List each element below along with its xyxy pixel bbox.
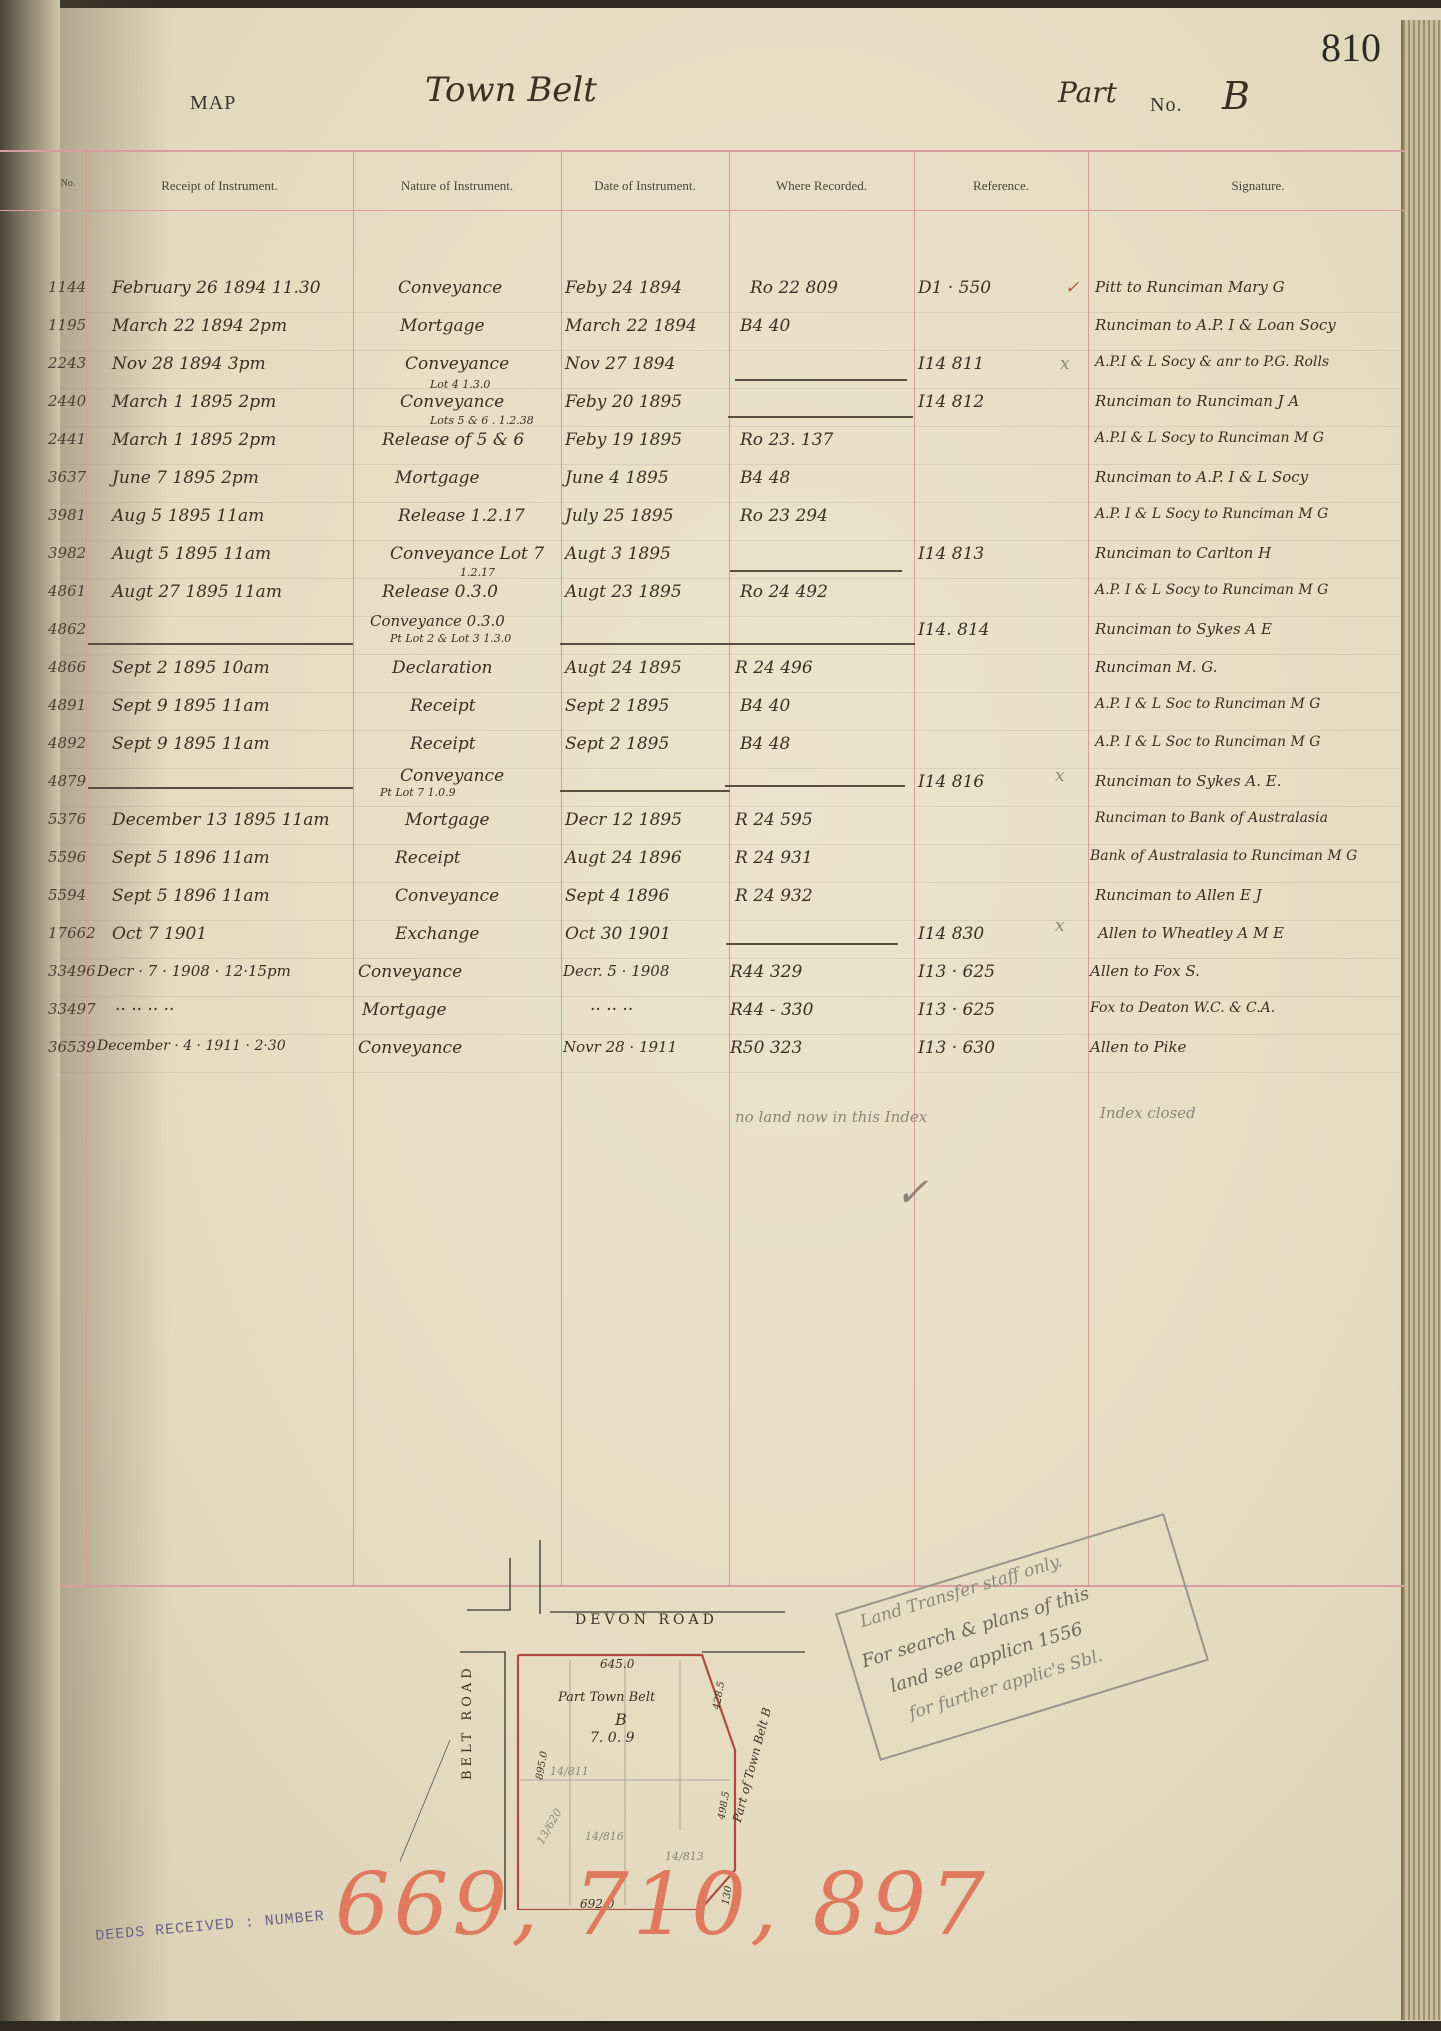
table-row: 1195 March 22 1894 2pm Mortgage March 22…: [0, 316, 1441, 354]
row-number: 33497: [48, 1000, 96, 1018]
no-value: B: [1222, 74, 1250, 118]
survey-map: DEVON ROAD BELT ROAD 645.0 Part Town Bel…: [400, 1530, 840, 1910]
table-row: 3982 Augt 5 1895 11am Conveyance Lot 7 1…: [0, 544, 1441, 582]
reference-cell: I14 830: [918, 924, 984, 944]
reference-cell: I14 812: [918, 392, 984, 412]
receipt-cell: Sept 5 1896 11am: [112, 886, 270, 906]
page-number: 810: [1321, 24, 1381, 71]
row-number: 4879: [48, 772, 86, 790]
table-row: 4892 Sept 9 1895 11am Receipt Sept 2 189…: [0, 734, 1441, 772]
table-row: 1144 February 26 1894 11.30 Conveyance F…: [0, 278, 1441, 316]
signature-cell: Runciman to Sykes A E: [1095, 620, 1272, 638]
row-number: 5596: [48, 848, 86, 866]
nature-cell: Conveyance: [400, 392, 504, 412]
date-cell: Sept 2 1895: [565, 696, 669, 716]
table-row: 4861 Augt 27 1895 11am Release 0.3.0 Aug…: [0, 582, 1441, 620]
nature-note: Lot 4 1.3.0: [430, 378, 490, 391]
pencil-note-index: no land now in this Index: [735, 1108, 927, 1126]
nature-cell: Release 0.3.0: [382, 582, 498, 602]
col-header-reference: Reference.: [914, 178, 1088, 194]
date-cell: Augt 3 1895: [565, 544, 671, 564]
date-cell: March 22 1894: [565, 316, 697, 336]
nature-cell: Conveyance Lot 7: [390, 544, 544, 564]
col-header-signature: Signature.: [1088, 178, 1428, 194]
header-bottom-rule: [0, 210, 1405, 211]
map-label: MAP: [190, 92, 236, 115]
date-cell: Augt 24 1895: [565, 658, 682, 678]
pencil-note-box: Land Transfer staff only. For search & p…: [835, 1513, 1209, 1761]
part-label: Part: [1058, 76, 1117, 109]
map-pencil-ref: 14/816: [585, 1830, 624, 1843]
signature-cell: Runciman to Runciman J A: [1095, 392, 1299, 410]
signature-cell: Runciman to Bank of Australasia: [1095, 810, 1328, 826]
map-value: Town Belt: [425, 70, 597, 110]
date-cell: July 25 1895: [565, 506, 674, 526]
signature-cell: A.P.I & L Socy to Runciman M G: [1095, 430, 1324, 446]
table-row: 33497 ·· ·· ·· ·· Mortgage ·· ·· ·· R44 …: [0, 1000, 1441, 1038]
recorded-cell: B4 48: [740, 468, 790, 488]
map-devon-road: DEVON ROAD: [575, 1612, 718, 1628]
recorded-cell: B4 48: [740, 734, 790, 754]
table-row: 3981 Aug 5 1895 11am Release 1.2.17 July…: [0, 506, 1441, 544]
nature-cell: Conveyance: [395, 886, 499, 906]
receipt-cell: March 1 1895 2pm: [112, 392, 276, 412]
nature-cell: Release 1.2.17: [398, 506, 525, 526]
date-cell: Feby 20 1895: [565, 392, 682, 412]
row-number: 1144: [48, 278, 86, 296]
receipt-cell: February 26 1894 11.30: [112, 278, 321, 298]
nature-cell: Conveyance: [358, 1038, 462, 1058]
book-top-edge: [0, 0, 1441, 8]
date-cell: June 4 1895: [565, 468, 669, 488]
deeds-received-number: 669, 710, 897: [335, 1855, 989, 1955]
red-check-icon: ✓: [1065, 278, 1079, 298]
x-mark-icon: x: [1060, 354, 1070, 374]
reference-cell: D1 · 550: [918, 278, 991, 298]
row-number: 2441: [48, 430, 86, 448]
signature-cell: Allen to Pike: [1090, 1038, 1186, 1056]
pencil-note-closed: Index closed: [1100, 1104, 1196, 1122]
table-row: 2441 March 1 1895 2pm Release of 5 & 6 F…: [0, 430, 1441, 468]
table-row: 4891 Sept 9 1895 11am Receipt Sept 2 189…: [0, 696, 1441, 734]
nature-note: Lots 5 & 6 . 1.2.38: [430, 414, 534, 427]
reference-cell: I14 816: [918, 772, 984, 792]
row-number: 4892: [48, 734, 86, 752]
receipt-cell: December · 4 · 1911 · 2·30: [97, 1038, 286, 1054]
map-parcel-title: Part Town Belt: [558, 1690, 655, 1705]
row-number: 2440: [48, 392, 86, 410]
row-number: 33496: [48, 962, 96, 980]
nature-cell: Receipt: [410, 734, 476, 754]
signature-cell: Runciman to Sykes A. E.: [1095, 772, 1282, 790]
nature-cell: Exchange: [395, 924, 480, 944]
col-header-receipt: Receipt of Instrument.: [86, 178, 353, 194]
x-mark-icon: x: [1055, 766, 1065, 786]
row-number: 5376: [48, 810, 86, 828]
receipt-cell: Augt 5 1895 11am: [112, 544, 271, 564]
map-dim-top: 645.0: [600, 1657, 634, 1671]
nature-cell: Mortgage: [405, 810, 490, 830]
signature-cell: Runciman to Allen E J: [1095, 886, 1262, 904]
receipt-cell: Sept 2 1895 10am: [112, 658, 270, 678]
row-number: 5594: [48, 886, 86, 904]
date-cell: Novr 28 · 1911: [563, 1038, 677, 1056]
map-parcel-letter: B: [615, 1710, 627, 1729]
receipt-cell: March 1 1895 2pm: [112, 430, 276, 450]
recorded-cell: Ro 22 809: [750, 278, 838, 298]
date-cell: Sept 4 1896: [565, 886, 669, 906]
recorded-cell: Ro 24 492: [740, 582, 828, 602]
row-number: 36539: [48, 1038, 96, 1056]
col-header-recorded: Where Recorded.: [729, 178, 914, 194]
recorded-cell: R44 - 330: [730, 1000, 813, 1020]
nature-cell: Mortgage: [395, 468, 480, 488]
recorded-cell: Ro 23 294: [740, 506, 828, 526]
receipt-cell: Nov 28 1894 3pm: [112, 354, 266, 374]
table-row: 4862 Conveyance 0.3.0 Pt Lot 2 & Lot 3 1…: [0, 620, 1441, 658]
recorded-cell: R 24 595: [735, 810, 813, 830]
nature-cell: Mortgage: [362, 1000, 447, 1020]
recorded-cell: R 24 496: [735, 658, 813, 678]
receipt-cell: Aug 5 1895 11am: [112, 506, 264, 526]
row-number: 4891: [48, 696, 86, 714]
date-cell: Nov 27 1894: [565, 354, 675, 374]
no-label: No.: [1150, 94, 1182, 117]
signature-cell: Runciman M. G.: [1095, 658, 1218, 676]
x-mark-icon: x: [1055, 916, 1065, 936]
nature-cell: Receipt: [395, 848, 461, 868]
table-row: 5376 December 13 1895 11am Mortgage Decr…: [0, 810, 1441, 848]
recorded-cell: R 24 932: [735, 886, 813, 906]
map-pencil-ref: 14/811: [550, 1765, 589, 1778]
table-row: 3637 June 7 1895 2pm Mortgage June 4 189…: [0, 468, 1441, 506]
col-header-nature: Nature of Instrument.: [353, 178, 561, 194]
date-cell: Augt 24 1896: [565, 848, 682, 868]
receipt-cell: Augt 27 1895 11am: [112, 582, 282, 602]
receipt-cell: ·· ·· ·· ··: [115, 1000, 174, 1020]
reference-cell: I13 · 630: [918, 1038, 995, 1058]
reference-cell: I13 · 625: [918, 962, 995, 982]
recorded-cell: B4 40: [740, 316, 790, 336]
map-belt-road: BELT ROAD: [460, 1664, 475, 1780]
nature-cell: Release of 5 & 6: [382, 430, 524, 450]
table-row: 4866 Sept 2 1895 10am Declaration Augt 2…: [0, 658, 1441, 696]
signature-cell: Runciman to A.P. I & L Socy: [1095, 468, 1308, 486]
row-number: 17662: [48, 924, 96, 942]
nature-cell: Mortgage: [400, 316, 485, 336]
reference-cell: I14 811: [918, 354, 984, 374]
map-area: 7. 0. 9: [590, 1730, 635, 1746]
nature-cell: Conveyance: [400, 766, 504, 786]
receipt-cell: Decr · 7 · 1908 · 12·15pm: [97, 962, 291, 980]
reference-cell: I13 · 625: [918, 1000, 995, 1020]
signature-cell: Fox to Deaton W.C. & C.A.: [1090, 1000, 1275, 1016]
receipt-cell: Sept 9 1895 11am: [112, 734, 270, 754]
col-header-date: Date of Instrument.: [561, 178, 729, 194]
recorded-cell: R 24 931: [735, 848, 813, 868]
signature-cell: Bank of Australasia to Runciman M G: [1090, 848, 1357, 864]
nature-cell: Receipt: [410, 696, 476, 716]
table-row: 5596 Sept 5 1896 11am Receipt Augt 24 18…: [0, 848, 1441, 886]
table-row: 2440 March 1 1895 2pm Conveyance Lots 5 …: [0, 392, 1441, 430]
nature-cell: Conveyance: [398, 278, 502, 298]
signature-cell: A.P. I & L Socy to Runciman M G: [1095, 582, 1328, 598]
date-cell: Oct 30 1901: [565, 924, 671, 944]
row-number: 4862: [48, 620, 86, 638]
recorded-cell: B4 40: [740, 696, 790, 716]
signature-cell: Pitt to Runciman Mary G: [1095, 278, 1285, 296]
table-row: 4879 Conveyance Pt Lot 7 1.0.9 I14 816 x…: [0, 772, 1441, 810]
nature-cell: Conveyance 0.3.0: [370, 612, 505, 630]
receipt-cell: December 13 1895 11am: [112, 810, 329, 830]
nature-note: Pt Lot 2 & Lot 3 1.3.0: [390, 632, 511, 645]
nature-note: 1.2.17: [460, 566, 495, 579]
receipt-cell: Sept 9 1895 11am: [112, 696, 270, 716]
ledger-page: 810 MAP Town Belt Part No. B No. Receipt…: [0, 0, 1441, 2031]
receipt-cell: June 7 1895 2pm: [112, 468, 259, 488]
recorded-cell: Ro 23. 137: [740, 430, 833, 450]
receipt-cell: March 22 1894 2pm: [112, 316, 287, 336]
row-number: 3982: [48, 544, 86, 562]
col-header-no: No.: [50, 178, 86, 189]
nature-cell: Conveyance: [358, 962, 462, 982]
date-cell: ·· ·· ··: [590, 1000, 633, 1020]
row-number: 1195: [48, 316, 86, 334]
row-number: 3637: [48, 468, 86, 486]
row-number: 4861: [48, 582, 86, 600]
pencil-check-icon: ✓: [895, 1170, 929, 1216]
signature-cell: Runciman to A.P. I & Loan Socy: [1095, 316, 1336, 334]
date-cell: Decr. 5 · 1908: [563, 962, 669, 980]
nature-note: Pt Lot 7 1.0.9: [380, 786, 456, 799]
date-cell: Sept 2 1895: [565, 734, 669, 754]
row-number: 4866: [48, 658, 86, 676]
recorded-cell: R50 323: [730, 1038, 802, 1058]
signature-cell: Allen to Fox S.: [1090, 962, 1200, 980]
signature-cell: A.P.I & L Socy & anr to P.G. Rolls: [1095, 354, 1329, 370]
row-number: 3981: [48, 506, 86, 524]
receipt-cell: Sept 5 1896 11am: [112, 848, 270, 868]
table-row: 36539 December · 4 · 1911 · 2·30 Conveya…: [0, 1038, 1441, 1076]
table-row: 17662 Oct 7 1901 Exchange Oct 30 1901 I1…: [0, 924, 1441, 962]
table-row: 5594 Sept 5 1896 11am Conveyance Sept 4 …: [0, 886, 1441, 924]
date-cell: Decr 12 1895: [565, 810, 682, 830]
table-row: 33496 Decr · 7 · 1908 · 12·15pm Conveyan…: [0, 962, 1441, 1000]
date-cell: Feby 19 1895: [565, 430, 682, 450]
header-top-rule: [0, 150, 1405, 152]
date-cell: Augt 23 1895: [565, 582, 682, 602]
reference-cell: I14. 814: [918, 620, 990, 640]
date-cell: Feby 24 1894: [565, 278, 682, 298]
table-row: 2243 Nov 28 1894 3pm Conveyance Lot 4 1.…: [0, 354, 1441, 392]
signature-cell: Runciman to Carlton H: [1095, 544, 1271, 562]
book-bottom-edge: [0, 2021, 1441, 2031]
row-number: 2243: [48, 354, 86, 372]
signature-cell: A.P. I & L Socy to Runciman M G: [1095, 506, 1328, 522]
receipt-cell: Oct 7 1901: [112, 924, 207, 944]
signature-cell: Allen to Wheatley A M E: [1098, 924, 1284, 942]
recorded-cell: R44 329: [730, 962, 802, 982]
reference-cell: I14 813: [918, 544, 984, 564]
nature-cell: Declaration: [392, 658, 493, 678]
signature-cell: A.P. I & L Soc to Runciman M G: [1095, 734, 1320, 750]
nature-cell: Conveyance: [405, 354, 509, 374]
signature-cell: A.P. I & L Soc to Runciman M G: [1095, 696, 1320, 712]
